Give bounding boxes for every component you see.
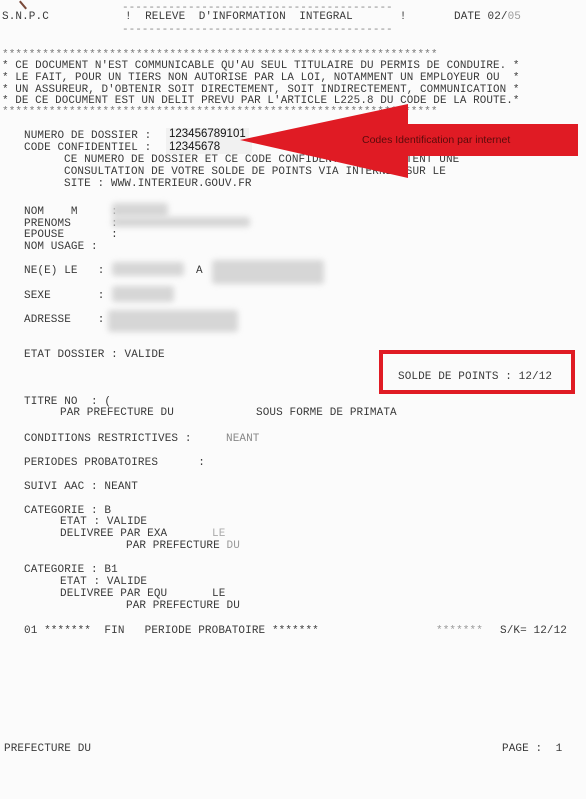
conditions-label: CONDITIONS RESTRICTIVES : [24, 434, 192, 445]
titre-forme: SOUS FORME DE PRIMATA [256, 408, 397, 419]
sexe-label: SEXE : [24, 291, 104, 302]
redacted-nom [112, 203, 168, 217]
categorie-b-le: LE [212, 529, 225, 540]
redacted-prenoms [112, 217, 250, 227]
etat-dossier: ETAT DOSSIER : VALIDE [24, 350, 165, 361]
footer-prefecture: PREFECTURE DU [4, 744, 91, 755]
categorie-b-prefecture: PAR PREFECTURE DU [126, 541, 240, 552]
categorie-b1-label: CATEGORIE : B1 [24, 565, 118, 576]
redacted-sexe [112, 286, 174, 302]
epouse-label: EPOUSE : [24, 230, 118, 241]
nom-usage-label: NOM USAGE : [24, 242, 98, 253]
footer-stars: ******* [436, 626, 483, 637]
annotation-text: Codes Identification par internet [362, 134, 510, 146]
categorie-b-etat: ETAT : VALIDE [60, 517, 147, 528]
redacted-adresse [108, 310, 238, 332]
conditions-value: NEANT [226, 434, 260, 445]
adresse-label: ADRESSE : [24, 315, 104, 326]
redacted-birthplace [212, 260, 324, 284]
birth-place-label: A [196, 266, 203, 277]
redacted-birthdate [112, 262, 184, 276]
suivi-aac: SUIVI AAC : NEANT [24, 482, 138, 493]
solde-points: SOLDE DE POINTS : 12/12 [398, 372, 552, 383]
categorie-b-delivree: DELIVREE PAR EXA [60, 529, 167, 540]
birth-label: NE(E) LE : [24, 266, 104, 277]
periodes-probatoires: PERIODES PROBATOIRES : [24, 458, 205, 469]
fin-periode-probatoire: 01 ******* FIN PERIODE PROBATOIRE ******… [24, 626, 319, 637]
page-number: PAGE : 1 [502, 744, 562, 755]
categorie-b1-prefecture: PAR PREFECTURE DU [126, 601, 240, 612]
categorie-b1-delivree: DELIVREE PAR EQU [60, 589, 167, 600]
sk-points: S/K= 12/12 [500, 626, 567, 637]
nom-label: NOM M : [24, 207, 118, 218]
annotation-arrow-icon [0, 0, 586, 200]
categorie-b1-le: LE [212, 589, 225, 600]
categorie-b1-etat: ETAT : VALIDE [60, 577, 147, 588]
titre-prefecture: PAR PREFECTURE DU [60, 408, 174, 419]
